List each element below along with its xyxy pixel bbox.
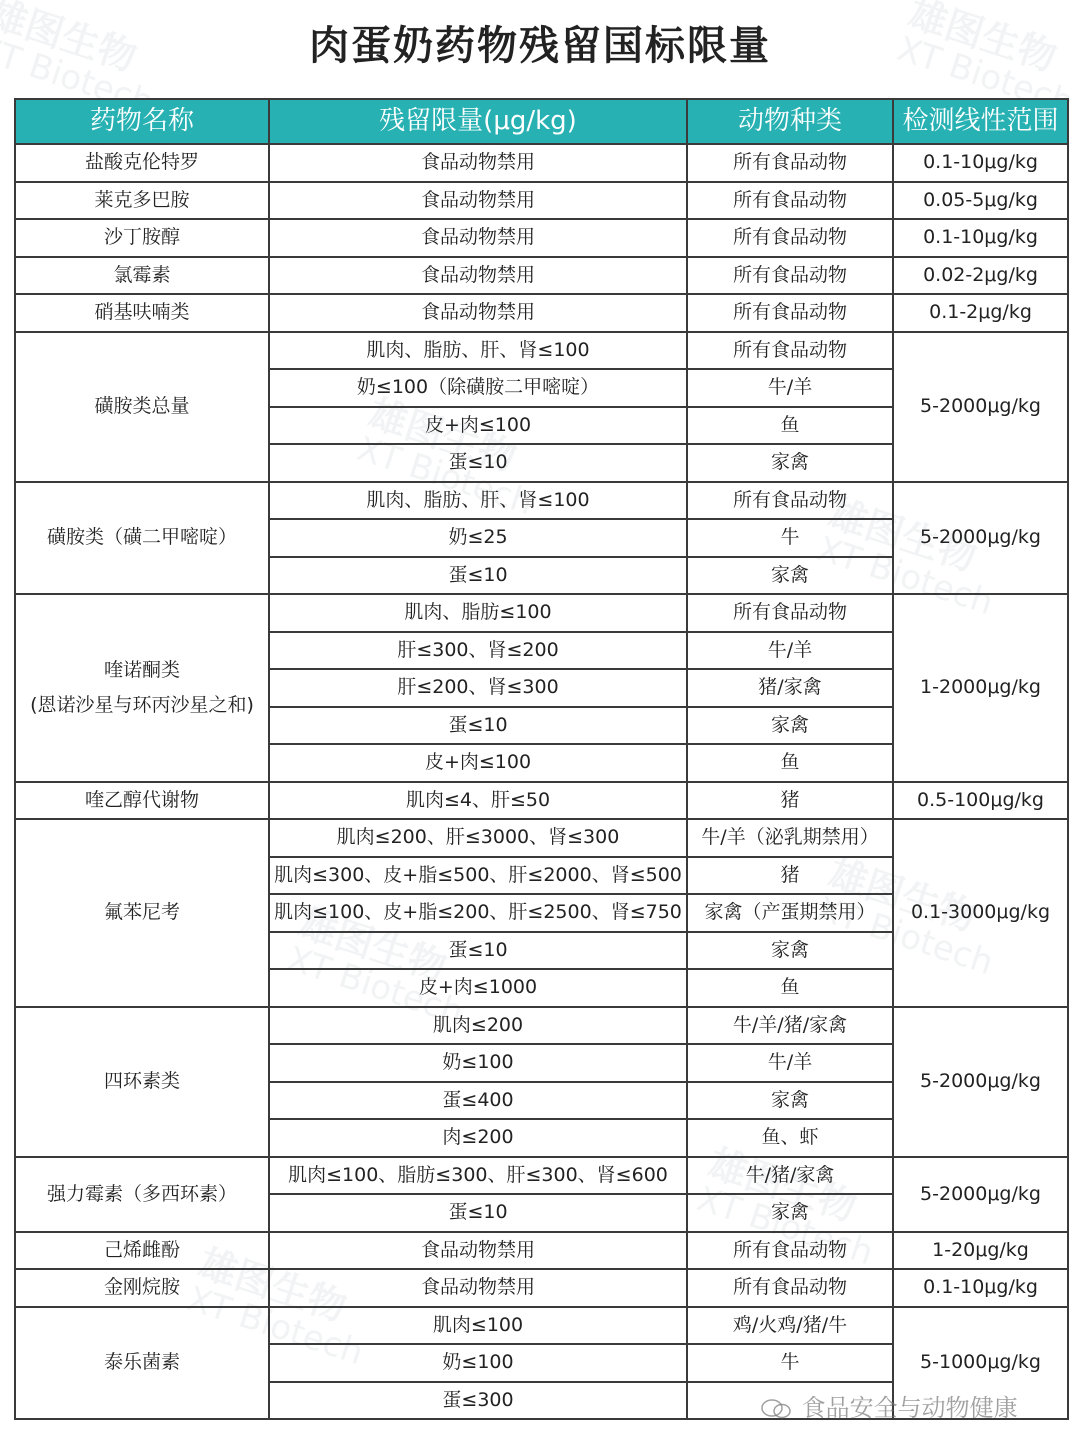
drug-name-cell: 己烯雌酚	[15, 1232, 269, 1270]
residue-limit-table: 药物名称 残留限量(μg/kg) 动物种类 检测线性范围 盐酸克伦特罗食品动物禁…	[14, 98, 1069, 1420]
table-row: 四环素类肌肉≤200牛/羊/猪/家禽5-2000μg/kg	[15, 1007, 1068, 1045]
residue-limit-cell: 肌肉≤200	[269, 1007, 687, 1045]
residue-limit-cell: 食品动物禁用	[269, 1269, 687, 1307]
detection-range-cell: 5-2000μg/kg	[893, 1007, 1068, 1157]
table-row: 氯霉素食品动物禁用所有食品动物0.02-2μg/kg	[15, 257, 1068, 295]
animal-species-cell: 牛	[687, 1344, 893, 1382]
drug-name-cell: 氯霉素	[15, 257, 269, 295]
drug-name-cell: 金刚烷胺	[15, 1269, 269, 1307]
animal-species-cell: 所有食品动物	[687, 182, 893, 220]
drug-name: 泰乐菌素	[16, 1352, 268, 1373]
residue-limit-cell: 肌肉、脂肪、肝、肾≤100	[269, 332, 687, 370]
residue-limit-cell: 食品动物禁用	[269, 182, 687, 220]
animal-species-cell: 鱼	[687, 744, 893, 782]
drug-name: 金刚烷胺	[16, 1277, 268, 1298]
drug-name-cell: 氟苯尼考	[15, 819, 269, 1007]
drug-name-cell: 四环素类	[15, 1007, 269, 1157]
animal-species-cell: 牛	[687, 519, 893, 557]
header-animal-species: 动物种类	[687, 99, 893, 144]
detection-range-cell: 0.1-10μg/kg	[893, 1269, 1068, 1307]
page-title: 肉蛋奶药物残留国标限量	[0, 14, 1080, 71]
animal-species-cell: 家禽	[687, 444, 893, 482]
animal-species-cell: 家禽	[687, 932, 893, 970]
residue-limit-cell: 食品动物禁用	[269, 1232, 687, 1270]
residue-limit-cell: 蛋≤10	[269, 557, 687, 595]
animal-species-cell: 猪	[687, 857, 893, 895]
detection-range-cell: 0.1-10μg/kg	[893, 144, 1068, 182]
residue-limit-cell: 肌肉≤200、肝≤3000、肾≤300	[269, 819, 687, 857]
table-row: 己烯雌酚食品动物禁用所有食品动物1-20μg/kg	[15, 1232, 1068, 1270]
animal-species-cell: 所有食品动物	[687, 332, 893, 370]
detection-range-cell: 0.1-3000μg/kg	[893, 819, 1068, 1007]
drug-name-cell: 莱克多巴胺	[15, 182, 269, 220]
residue-limit-cell: 肝≤300、肾≤200	[269, 632, 687, 670]
animal-species-cell: 牛/羊/猪/家禽	[687, 1007, 893, 1045]
animal-species-cell: 所有食品动物	[687, 1232, 893, 1270]
animal-species-cell: 猪	[687, 782, 893, 820]
drug-name: 己烯雌酚	[16, 1240, 268, 1261]
residue-limit-cell: 蛋≤10	[269, 707, 687, 745]
table-row: 沙丁胺醇食品动物禁用所有食品动物0.1-10μg/kg	[15, 219, 1068, 257]
residue-limit-cell: 肌肉、脂肪≤100	[269, 594, 687, 632]
residue-limit-cell: 肉≤200	[269, 1119, 687, 1157]
table-row: 强力霉素（多西环素）肌肉≤100、脂肪≤300、肝≤300、肾≤600牛/猪/家…	[15, 1157, 1068, 1195]
residue-limit-cell: 奶≤25	[269, 519, 687, 557]
detection-range-cell: 5-2000μg/kg	[893, 1157, 1068, 1232]
animal-species-cell: 所有食品动物	[687, 144, 893, 182]
footer-label: 食品安全与动物健康	[802, 1394, 1018, 1422]
animal-species-cell: 牛/猪/家禽	[687, 1157, 893, 1195]
animal-species-cell: 牛/羊（泌乳期禁用）	[687, 819, 893, 857]
wechat-icon	[760, 1397, 794, 1421]
drug-name-cell: 盐酸克伦特罗	[15, 144, 269, 182]
drug-name-cell: 沙丁胺醇	[15, 219, 269, 257]
animal-species-cell: 鱼、虾	[687, 1119, 893, 1157]
residue-limit-cell: 蛋≤300	[269, 1382, 687, 1420]
detection-range-cell: 1-2000μg/kg	[893, 594, 1068, 782]
animal-species-cell: 家禽	[687, 1194, 893, 1232]
residue-limit-cell: 蛋≤10	[269, 1194, 687, 1232]
drug-name-cell: 泰乐菌素	[15, 1307, 269, 1420]
residue-limit-cell: 蛋≤10	[269, 444, 687, 482]
table-row: 盐酸克伦特罗食品动物禁用所有食品动物0.1-10μg/kg	[15, 144, 1068, 182]
residue-limit-cell: 皮+肉≤1000	[269, 969, 687, 1007]
animal-species-cell: 家禽	[687, 557, 893, 595]
drug-name: 硝基呋喃类	[16, 302, 268, 323]
table-row: 磺胺类（磺二甲嘧啶）肌肉、脂肪、肝、肾≤100所有食品动物5-2000μg/kg	[15, 482, 1068, 520]
residue-limit-cell: 肝≤200、肾≤300	[269, 669, 687, 707]
residue-limit-cell: 肌肉≤100	[269, 1307, 687, 1345]
animal-species-cell: 牛/羊	[687, 1044, 893, 1082]
table-row: 喹诺酮类(恩诺沙星与环丙沙星之和)肌肉、脂肪≤100所有食品动物1-2000μg…	[15, 594, 1068, 632]
drug-name-cell: 喹乙醇代谢物	[15, 782, 269, 820]
animal-species-cell: 所有食品动物	[687, 294, 893, 332]
residue-limit-cell: 奶≤100	[269, 1044, 687, 1082]
animal-species-cell: 所有食品动物	[687, 257, 893, 295]
animal-species-cell: 所有食品动物	[687, 482, 893, 520]
detection-range-cell: 5-2000μg/kg	[893, 332, 1068, 482]
drug-name: 喹乙醇代谢物	[16, 790, 268, 811]
drug-name-cell: 硝基呋喃类	[15, 294, 269, 332]
animal-species-cell: 牛/羊	[687, 369, 893, 407]
drug-name: 磺胺类总量	[16, 396, 268, 417]
detection-range-cell: 0.1-2μg/kg	[893, 294, 1068, 332]
drug-name: 喹诺酮类	[16, 660, 268, 681]
animal-species-cell: 猪/家禽	[687, 669, 893, 707]
animal-species-cell: 所有食品动物	[687, 219, 893, 257]
residue-limit-cell: 蛋≤10	[269, 932, 687, 970]
detection-range-cell: 0.02-2μg/kg	[893, 257, 1068, 295]
animal-species-cell: 牛/羊	[687, 632, 893, 670]
residue-limit-cell: 肌肉≤100、皮+脂≤200、肝≤2500、肾≤750	[269, 894, 687, 932]
residue-limit-cell: 食品动物禁用	[269, 294, 687, 332]
residue-limit-cell: 食品动物禁用	[269, 257, 687, 295]
drug-name: 氯霉素	[16, 265, 268, 286]
table-row: 泰乐菌素肌肉≤100鸡/火鸡/猪/牛5-1000μg/kg	[15, 1307, 1068, 1345]
drug-name: 氟苯尼考	[16, 902, 268, 923]
residue-limit-cell: 肌肉≤300、皮+脂≤500、肝≤2000、肾≤500	[269, 857, 687, 895]
table-header-row: 药物名称 残留限量(μg/kg) 动物种类 检测线性范围	[15, 99, 1068, 144]
residue-limit-cell: 肌肉≤4、肝≤50	[269, 782, 687, 820]
header-residue-limit: 残留限量(μg/kg)	[269, 99, 687, 144]
detection-range-cell: 0.5-100μg/kg	[893, 782, 1068, 820]
table-row: 硝基呋喃类食品动物禁用所有食品动物0.1-2μg/kg	[15, 294, 1068, 332]
animal-species-cell: 家禽（产蛋期禁用）	[687, 894, 893, 932]
header-drug-name: 药物名称	[15, 99, 269, 144]
residue-limit-cell: 奶≤100	[269, 1344, 687, 1382]
header-detection-range: 检测线性范围	[893, 99, 1068, 144]
residue-limit-cell: 食品动物禁用	[269, 144, 687, 182]
animal-species-cell: 家禽	[687, 1082, 893, 1120]
residue-limit-cell: 皮+肉≤100	[269, 744, 687, 782]
drug-name: 沙丁胺醇	[16, 227, 268, 248]
table-row: 莱克多巴胺食品动物禁用所有食品动物0.05-5μg/kg	[15, 182, 1068, 220]
table-row: 喹乙醇代谢物肌肉≤4、肝≤50猪0.5-100μg/kg	[15, 782, 1068, 820]
residue-limit-cell: 蛋≤400	[269, 1082, 687, 1120]
drug-name: 磺胺类（磺二甲嘧啶）	[16, 527, 268, 548]
drug-name-cell: 磺胺类总量	[15, 332, 269, 482]
residue-limit-cell: 皮+肉≤100	[269, 407, 687, 445]
drug-name: 强力霉素（多西环素）	[16, 1184, 268, 1205]
residue-limit-cell: 肌肉≤100、脂肪≤300、肝≤300、肾≤600	[269, 1157, 687, 1195]
table-row: 氟苯尼考肌肉≤200、肝≤3000、肾≤300牛/羊（泌乳期禁用）0.1-300…	[15, 819, 1068, 857]
drug-name: 莱克多巴胺	[16, 190, 268, 211]
detection-range-cell: 0.1-10μg/kg	[893, 219, 1068, 257]
detection-range-cell: 1-20μg/kg	[893, 1232, 1068, 1270]
table-row: 金刚烷胺食品动物禁用所有食品动物0.1-10μg/kg	[15, 1269, 1068, 1307]
detection-range-cell: 0.05-5μg/kg	[893, 182, 1068, 220]
drug-name-cell: 强力霉素（多西环素）	[15, 1157, 269, 1232]
residue-limit-cell: 奶≤100（除磺胺二甲嘧啶）	[269, 369, 687, 407]
animal-species-cell: 鱼	[687, 969, 893, 1007]
detection-range-cell: 5-2000μg/kg	[893, 482, 1068, 595]
animal-species-cell: 所有食品动物	[687, 1269, 893, 1307]
animal-species-cell: 鱼	[687, 407, 893, 445]
animal-species-cell: 所有食品动物	[687, 594, 893, 632]
drug-name: 四环素类	[16, 1071, 268, 1092]
residue-limit-cell: 食品动物禁用	[269, 219, 687, 257]
animal-species-cell: 鸡/火鸡/猪/牛	[687, 1307, 893, 1345]
drug-name-cell: 磺胺类（磺二甲嘧啶）	[15, 482, 269, 595]
drug-name-subtitle: (恩诺沙星与环丙沙星之和)	[16, 695, 268, 716]
animal-species-cell: 家禽	[687, 707, 893, 745]
drug-name: 盐酸克伦特罗	[16, 152, 268, 173]
residue-limit-cell: 肌肉、脂肪、肝、肾≤100	[269, 482, 687, 520]
table-row: 磺胺类总量肌肉、脂肪、肝、肾≤100所有食品动物5-2000μg/kg	[15, 332, 1068, 370]
drug-name-cell: 喹诺酮类(恩诺沙星与环丙沙星之和)	[15, 594, 269, 782]
footer-source: 食品安全与动物健康	[760, 1388, 1018, 1423]
